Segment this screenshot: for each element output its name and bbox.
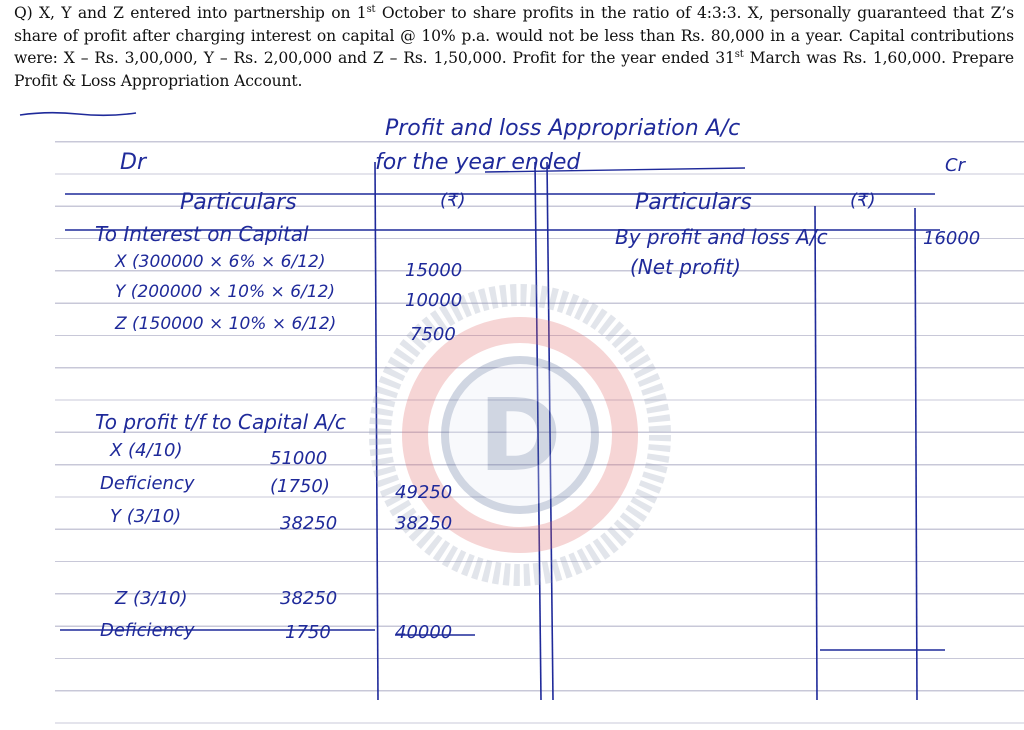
credit-row-amount: 16000: [923, 228, 980, 249]
profit-amount-z: 40000: [395, 622, 452, 643]
left-amount-header: (₹): [440, 190, 466, 211]
question-text: Q) X, Y and Z entered into partnership o…: [14, 2, 1014, 92]
profit-row-y: Y (3/10): [110, 506, 181, 527]
account-title: Profit and loss Appropriation A/c: [385, 116, 740, 141]
svg-text:D: D: [478, 377, 561, 494]
profit-sub-y: 38250: [280, 513, 337, 534]
credit-row-label2: (Net profit): [630, 255, 741, 279]
interest-row-x: X (300000 × 6% × 6/12): [115, 252, 325, 272]
interest-amount-x: 15000: [405, 260, 462, 281]
interest-amount-z: 7500: [410, 324, 456, 345]
profit-heading: To profit t/f to Capital A/c: [95, 410, 346, 434]
profit-row-deficiency-z: Deficiency: [100, 620, 195, 641]
dr-label: Dr: [120, 150, 146, 175]
right-particulars-header: Particulars: [635, 190, 752, 215]
watermark-logo: D: [355, 280, 685, 590]
profit-sub-deficiency-x: (1750): [270, 476, 330, 497]
cr-label: Cr: [945, 155, 965, 176]
profit-amount-x: 49250: [395, 482, 452, 503]
profit-sub-z: 38250: [280, 588, 337, 609]
profit-row-x: X (4/10): [110, 440, 183, 461]
profit-row-deficiency-x: Deficiency: [100, 473, 195, 494]
interest-row-z: Z (150000 × 10% × 6/12): [115, 314, 336, 334]
interest-heading: To Interest on Capital: [95, 222, 309, 246]
profit-row-z: Z (3/10): [115, 588, 188, 609]
credit-row-label: By profit and loss A/c: [615, 225, 828, 249]
interest-row-y: Y (200000 × 10% × 6/12): [115, 282, 335, 302]
interest-amount-y: 10000: [405, 290, 462, 311]
notebook-page: D Profit and loss Appropriation A/c for …: [55, 110, 1024, 730]
profit-sub-x: 51000: [270, 448, 327, 469]
right-amount-header: (₹): [850, 190, 876, 211]
left-particulars-header: Particulars: [180, 190, 297, 215]
profit-amount-y: 38250: [395, 513, 452, 534]
account-subtitle: for the year ended: [375, 150, 580, 175]
profit-sub-deficiency-z: 1750: [285, 622, 331, 643]
